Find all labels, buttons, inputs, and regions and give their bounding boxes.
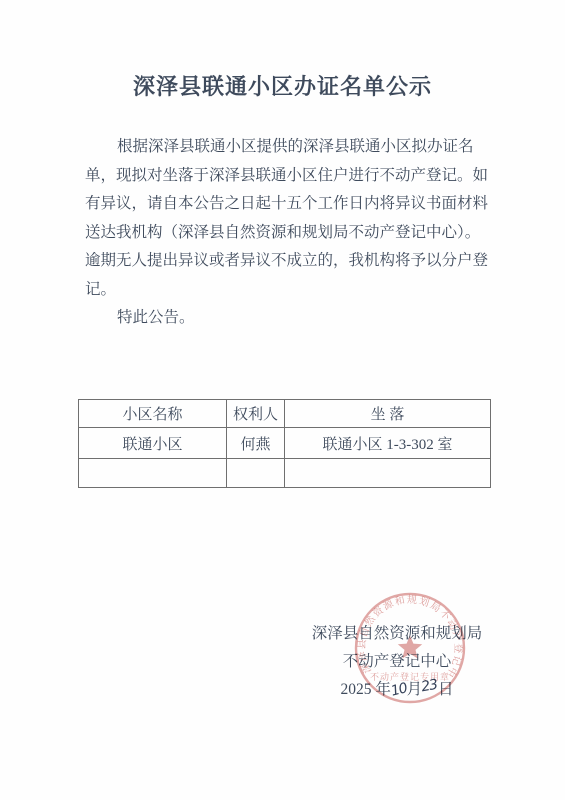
body-closing-line: 特此公告。 [85, 304, 485, 333]
cell-community-name: 联通小区 [79, 428, 227, 459]
cell-rights-holder: 何燕 [227, 428, 285, 459]
header-rights-holder: 权利人 [227, 400, 285, 428]
certificate-list-table: 小区名称 权利人 坐 落 联通小区 何燕 联通小区 1-3-302 室 [78, 399, 491, 488]
page-title: 深泽县联通小区办证名单公示 [0, 70, 565, 101]
body-line: 记。 [85, 276, 485, 305]
cell-location: 联通小区 1-3-302 室 [285, 428, 491, 459]
table-row: 联通小区 何燕 联通小区 1-3-302 室 [79, 428, 491, 459]
cell-community-name [79, 459, 227, 488]
issuer-org-line1: 深泽县自然资源和规划局 [287, 620, 507, 648]
body-line: 逾期无人提出异议或者异议不成立的，我机构将予以分户登 [85, 247, 485, 276]
date-day-handwritten: 23 [419, 671, 439, 701]
signature-block: 深泽县自然资源和规划局 不动产登记中心 2025 年10月23日 [287, 620, 507, 704]
body-line: 送达我机构（深泽县自然资源和规划局不动产登记中心）。 [85, 219, 485, 248]
notice-document-page: 深泽县联通小区办证名单公示 根据深泽县联通小区提供的深泽县联通小区拟办证名 单，… [0, 0, 565, 800]
cell-location [285, 459, 491, 488]
issuer-org-line2: 不动产登记中心 [287, 648, 507, 676]
header-location: 坐 落 [285, 400, 491, 428]
issue-date: 2025 年10月23日 [287, 676, 507, 704]
date-year: 2025 年 [340, 681, 390, 698]
date-month-handwritten: 10 [388, 675, 410, 706]
date-day-label: 日 [438, 681, 454, 698]
body-line: 单，现拟对坐落于深泽县联通小区住户进行不动产登记。如 [85, 162, 485, 191]
body-line: 有异议，请自本公告之日起十五个工作日内将异议书面材料 [85, 190, 485, 219]
cell-rights-holder [227, 459, 285, 488]
notice-body: 根据深泽县联通小区提供的深泽县联通小区拟办证名 单，现拟对坐落于深泽县联通小区住… [85, 133, 485, 333]
body-line: 根据深泽县联通小区提供的深泽县联通小区拟办证名 [85, 133, 485, 162]
header-community-name: 小区名称 [79, 400, 227, 428]
table-row-empty [79, 459, 491, 488]
table-header-row: 小区名称 权利人 坐 落 [79, 400, 491, 428]
